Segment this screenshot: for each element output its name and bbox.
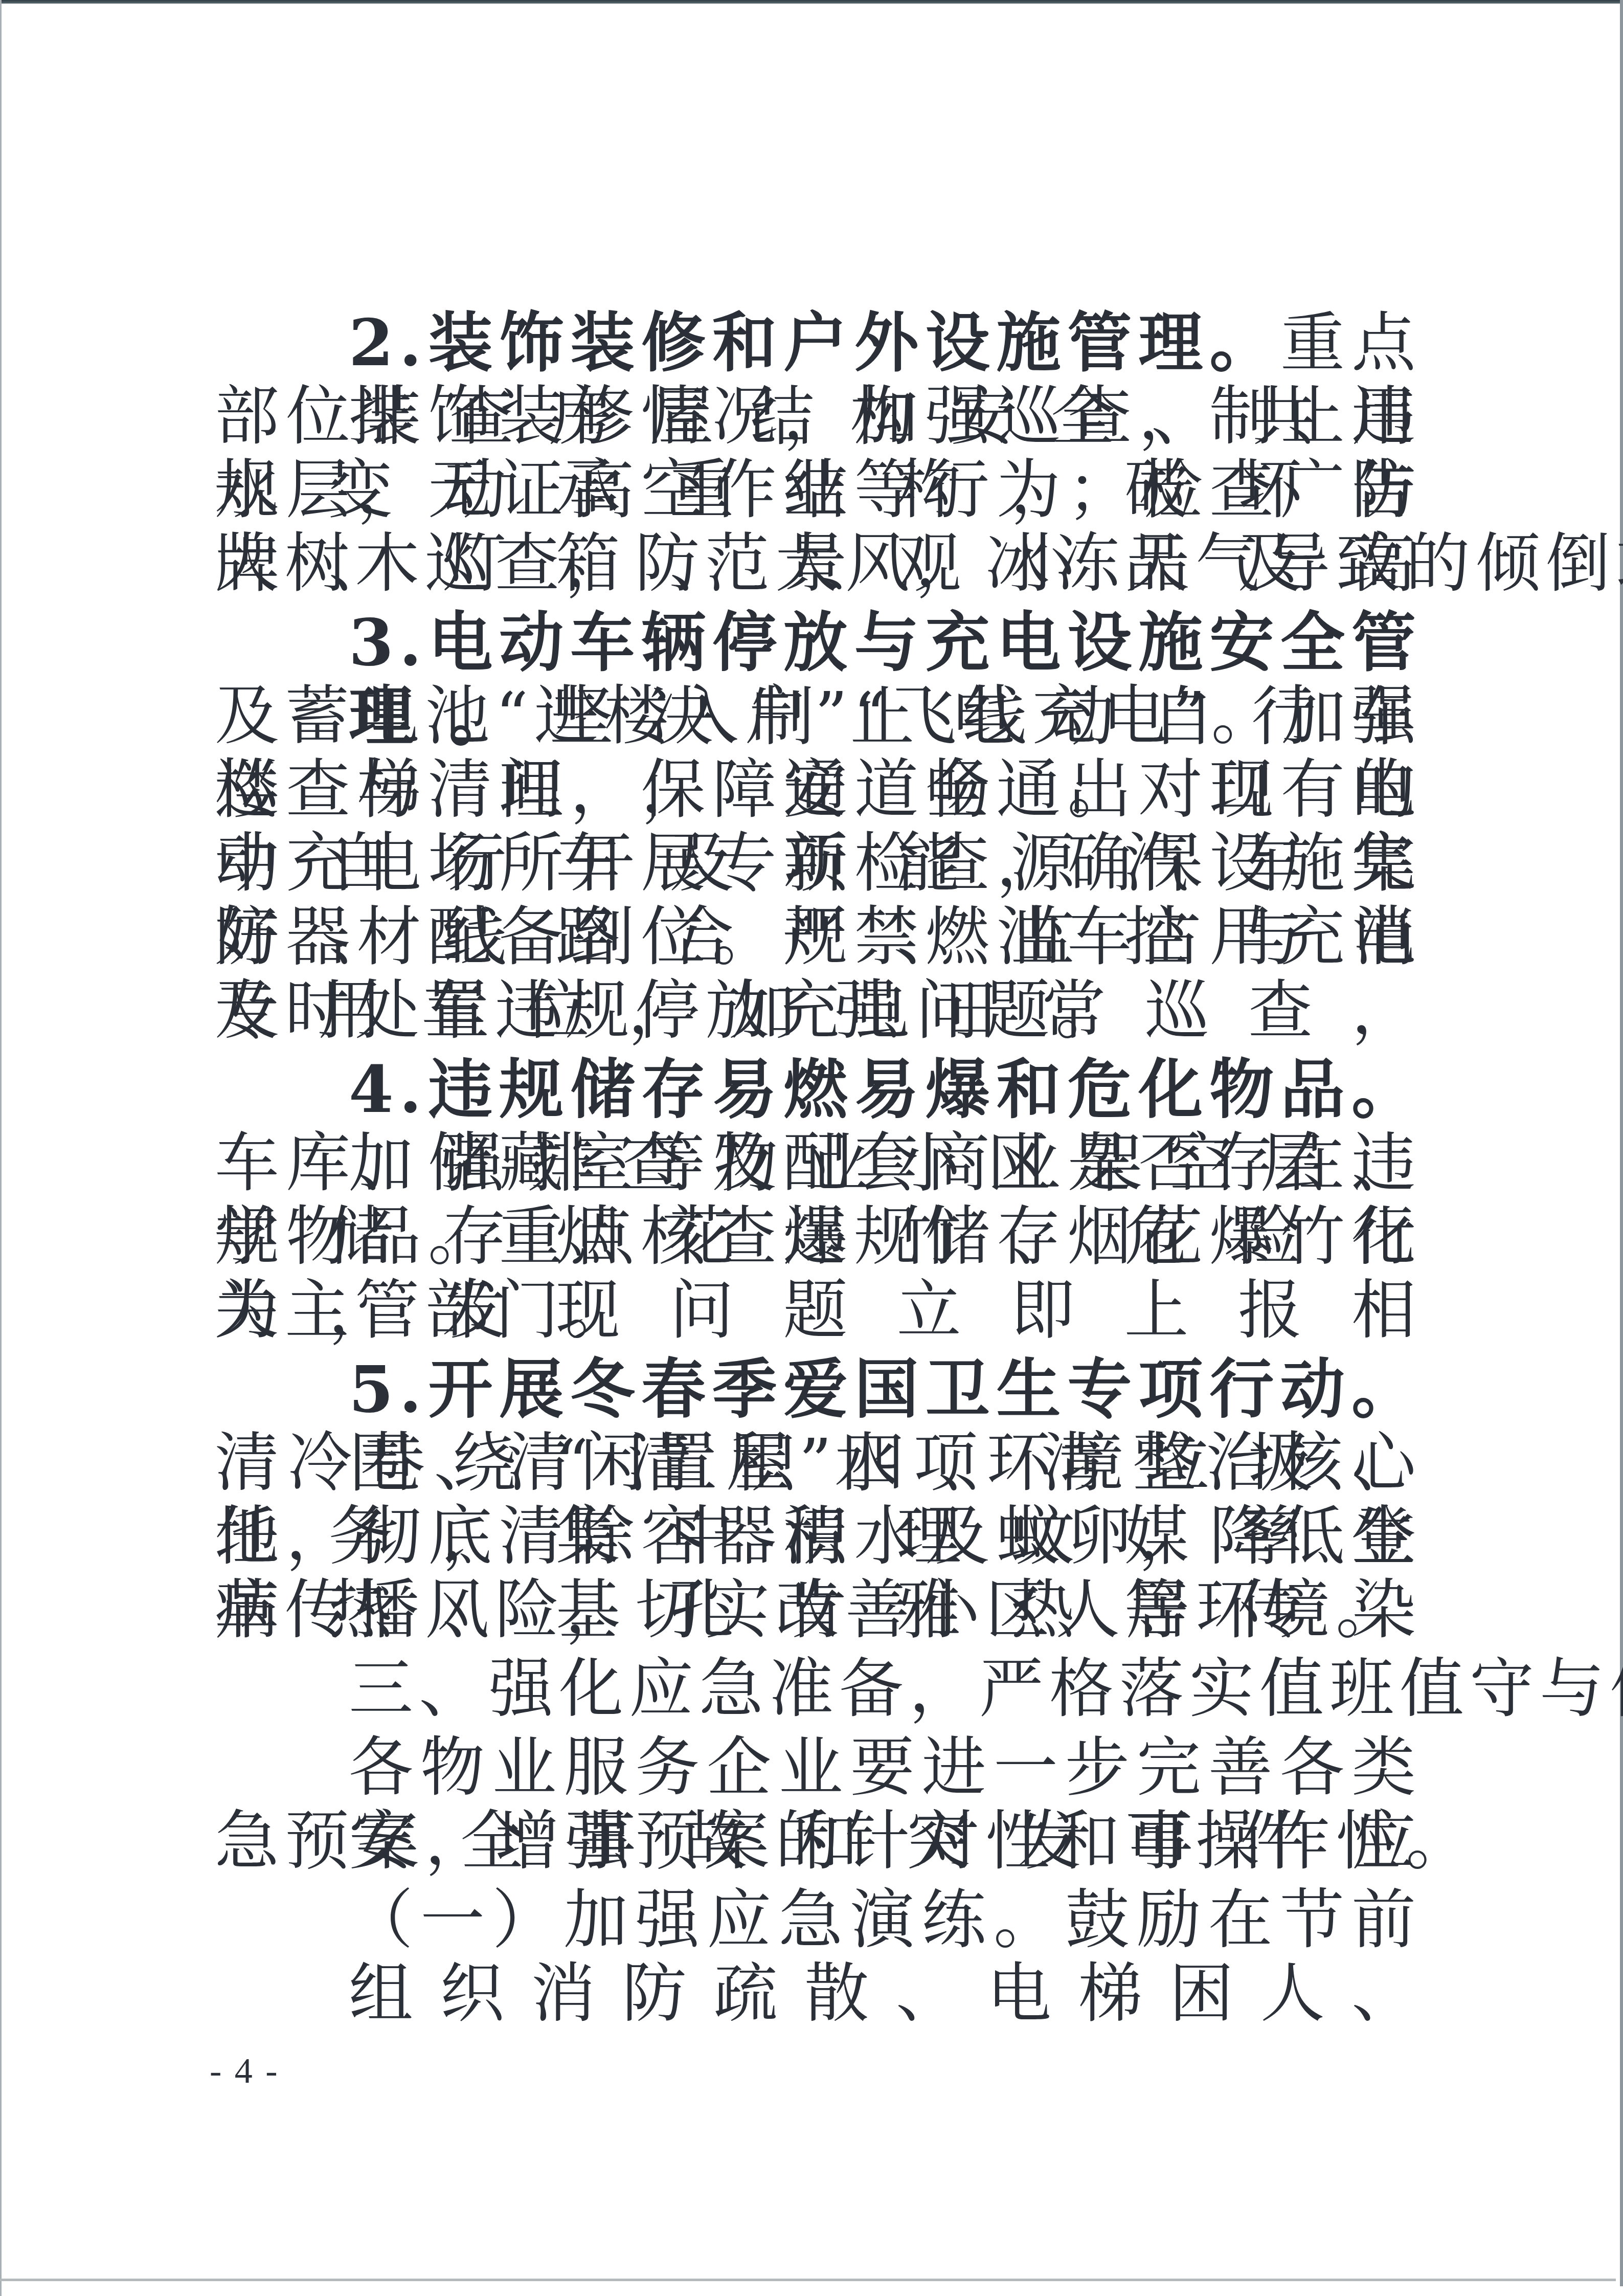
paragraph-title: 5.开展冬春季爱国卫生专项行动。 xyxy=(349,1351,1422,1427)
scan-border-right xyxy=(1620,0,1623,2286)
paragraph-line: 及蓄电池“进楼入户”“飞线充电”。加强楼梯间，安全出口的 xyxy=(215,679,1422,753)
paragraph-line: 病传播风险，切实改善小区人居环境。 xyxy=(215,1573,1422,1647)
section-heading-emergency-preparedness: 三、强化应急准备，严格落实值班值守与信息报送 xyxy=(215,1652,1422,1726)
paragraph-hazardous-materials-storage: 4.违规储存易燃易爆和危化物品。加强排查物业小区架空层、 车库、储藏室等及配套商… xyxy=(215,1053,1422,1347)
paragraph-first-line: 2.装饰装修和户外设施管理。重点排查房屋结构安全、共用 xyxy=(215,306,1422,380)
section-heading: 三、强化应急准备，严格落实值班值守与信息报送 xyxy=(215,1652,1422,1726)
paragraph-line: 巡查与清理，保障通道畅通。对现有电动自行车及新能源汽车集 xyxy=(215,753,1422,827)
paragraph-first-line: 5.开展冬春季爱国卫生专项行动。围绕“清积水、清垃圾、 xyxy=(215,1352,1422,1426)
paragraph-line: 大树木巡查，防范大风，冰冻天气导致的倾倒或坠落风险。 xyxy=(215,527,1422,600)
paragraph-emergency-drills: （一）加强应急演练。鼓励在节前组织消防疏散、电梯困人、 xyxy=(215,1883,1422,1957)
paragraph-line: 学物品。重点核查违规储存烟花爆竹行为，发现问题立即上报相 xyxy=(215,1200,1422,1274)
paragraph-line: 部位装饰装修情况，加强巡查，制止违规变动承重结构，破坏防 xyxy=(215,380,1422,453)
page-number: - 4 - xyxy=(210,2051,280,2092)
paragraph-line: 急预案，增强预案的针对性和可操作性。 xyxy=(215,1804,1422,1878)
paragraph-line: 各物业服务企业要进一步完善各类安全事故和突发事件应 xyxy=(215,1731,1422,1804)
paragraph-line: 车库、储藏室等及配套商业是否存在违规储存烟花爆竹、危险化 xyxy=(215,1126,1422,1200)
paragraph-decoration-and-outdoor-facilities: 2.装饰装修和户外设施管理。重点排查房屋结构安全、共用 部位装饰装修情况，加强巡… xyxy=(215,306,1422,600)
paragraph-title: 2.装饰装修和户外设施管理。 xyxy=(349,305,1280,381)
paragraph-ev-parking-and-charging: 3.电动车辆停放与充电设施安全管理。坚决制止电动自行车 及蓄电池“进楼入户”“飞… xyxy=(215,606,1422,1047)
paragraph-line: 清冷巷、清闲置屋”四项环境整治核心任务，集中清理蚊媒孳生 xyxy=(215,1426,1422,1500)
paragraph-title: 4.违规储存易燃易爆和危化物品。 xyxy=(349,1052,1422,1127)
paragraph-emergency-plan-intro: 各物业服务企业要进一步完善各类安全事故和突发事件应 急预案，增强预案的针对性和可… xyxy=(215,1731,1422,1878)
scan-border-top xyxy=(0,0,1623,4)
paragraph-patriotic-hygiene-campaign: 5.开展冬春季爱国卫生专项行动。围绕“清积水、清垃圾、 清冷巷、清闲置屋”四项环… xyxy=(215,1352,1422,1647)
paragraph-line: 水层，无证高空作业等行为；检查广告牌、灯箱、景观小品及高 xyxy=(215,453,1422,527)
scan-border-left xyxy=(0,0,2,2296)
document-page-body: 2.装饰装修和户外设施管理。重点排查房屋结构安全、共用 部位装饰装修情况，加强巡… xyxy=(215,306,1422,1957)
paragraph-first-line: 4.违规储存易燃易爆和危化物品。加强排查物业小区架空层、 xyxy=(215,1053,1422,1126)
paragraph-line: （一）加强应急演练。鼓励在节前组织消防疏散、电梯困人、 xyxy=(215,1883,1422,1957)
paragraph-line: 中充电场所开展专项检查，确保设施完好、线路合规、监控与消 xyxy=(215,827,1422,900)
paragraph-line: 地，彻底清除容器积水及蚊卵，降低登革热、基孔肯雅热等传染 xyxy=(215,1500,1422,1573)
scan-border-bottom xyxy=(0,2279,1616,2281)
paragraph-line: 防器材配备到位。严禁燃油车占用充电专用车位，加强日常巡查， xyxy=(215,900,1422,974)
paragraph-first-line: 3.电动车辆停放与充电设施安全管理。坚决制止电动自行车 xyxy=(215,606,1422,679)
